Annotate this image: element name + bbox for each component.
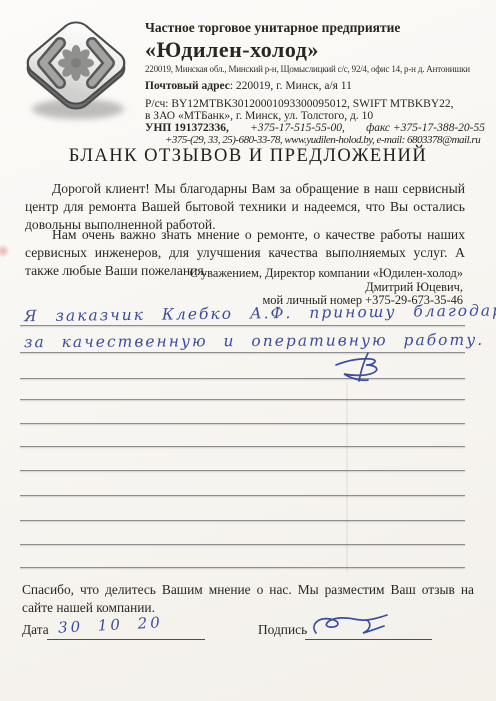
ruled-line [20, 446, 465, 447]
postal-value: : 220019, г. Минск, а/я 11 [230, 80, 352, 92]
postal-address: Почтовый адрес: 220019, г. Минск, а/я 11 [145, 80, 495, 92]
form-title: БЛАНК ОТЗЫВОВ И ПРЕДЛОЖЕНИЙ [0, 146, 496, 167]
ruled-line [20, 325, 465, 326]
ruled-line [20, 352, 465, 353]
ruled-line [20, 378, 465, 379]
fax-number: факс +375-17-388-20-55 [366, 122, 485, 134]
ruled-line [20, 520, 465, 521]
contacts-line: +375-(29, 33, 25)-680-33-78, www.yudilen… [165, 134, 495, 146]
signoff-line1: С уважением, Директор компании «Юдилен-х… [190, 267, 463, 281]
ruled-line [20, 567, 465, 568]
bank-name-line: в ЗАО «МТБанк», г. Минск, ул. Толстого, … [145, 110, 495, 122]
handwritten-review-line1: Я заказчик Клебко А.Ф. приношу благодарн… [24, 301, 496, 326]
signoff-line2: Дмитрий Юцевич, [190, 281, 463, 295]
company-logo [14, 10, 140, 130]
client-signature-scribble [306, 611, 402, 641]
diamond-chevrons-snowflake-icon [14, 10, 140, 130]
thanks-paragraph: Спасибо, что делитесь Вашим мнение о нас… [22, 581, 474, 617]
org-type: Частное торговое унитарное предприятие [145, 21, 495, 36]
phone-number: +375-17-515-55-00, [250, 122, 345, 134]
company-header: Частное торговое унитарное предприятие «… [145, 21, 495, 146]
date-label: Дата [22, 622, 49, 638]
unp-number: УНП 191372336, [145, 122, 229, 134]
org-address: 220019, Минская обл., Минский р-н, Щомыс… [145, 64, 495, 74]
handwritten-review-line2: за качественную и оперативную работу. [24, 331, 484, 351]
bank-account-line: Р/сч: BY12MTBK30120001093300095012, SWIF… [145, 98, 495, 110]
scan-crease [346, 382, 348, 572]
ruled-line [20, 399, 465, 400]
unp-phone-fax-line: УНП 191372336, +375-17-515-55-00, факс +… [145, 122, 485, 134]
ruled-line [20, 495, 465, 496]
postal-label: Почтовый адрес [145, 80, 230, 92]
ruled-line [20, 470, 465, 471]
ruled-line [20, 544, 465, 545]
scan-smudge [0, 244, 10, 258]
feedback-form-scan: Частное торговое унитарное предприятие «… [0, 0, 496, 701]
org-name: «Юдилен-холод» [145, 38, 495, 61]
reviewer-signature-scribble [328, 351, 392, 385]
signature-label: Подпись [258, 622, 307, 638]
ruled-line [20, 423, 465, 424]
date-field-underline [47, 639, 205, 640]
snowflake-icon [58, 45, 94, 81]
